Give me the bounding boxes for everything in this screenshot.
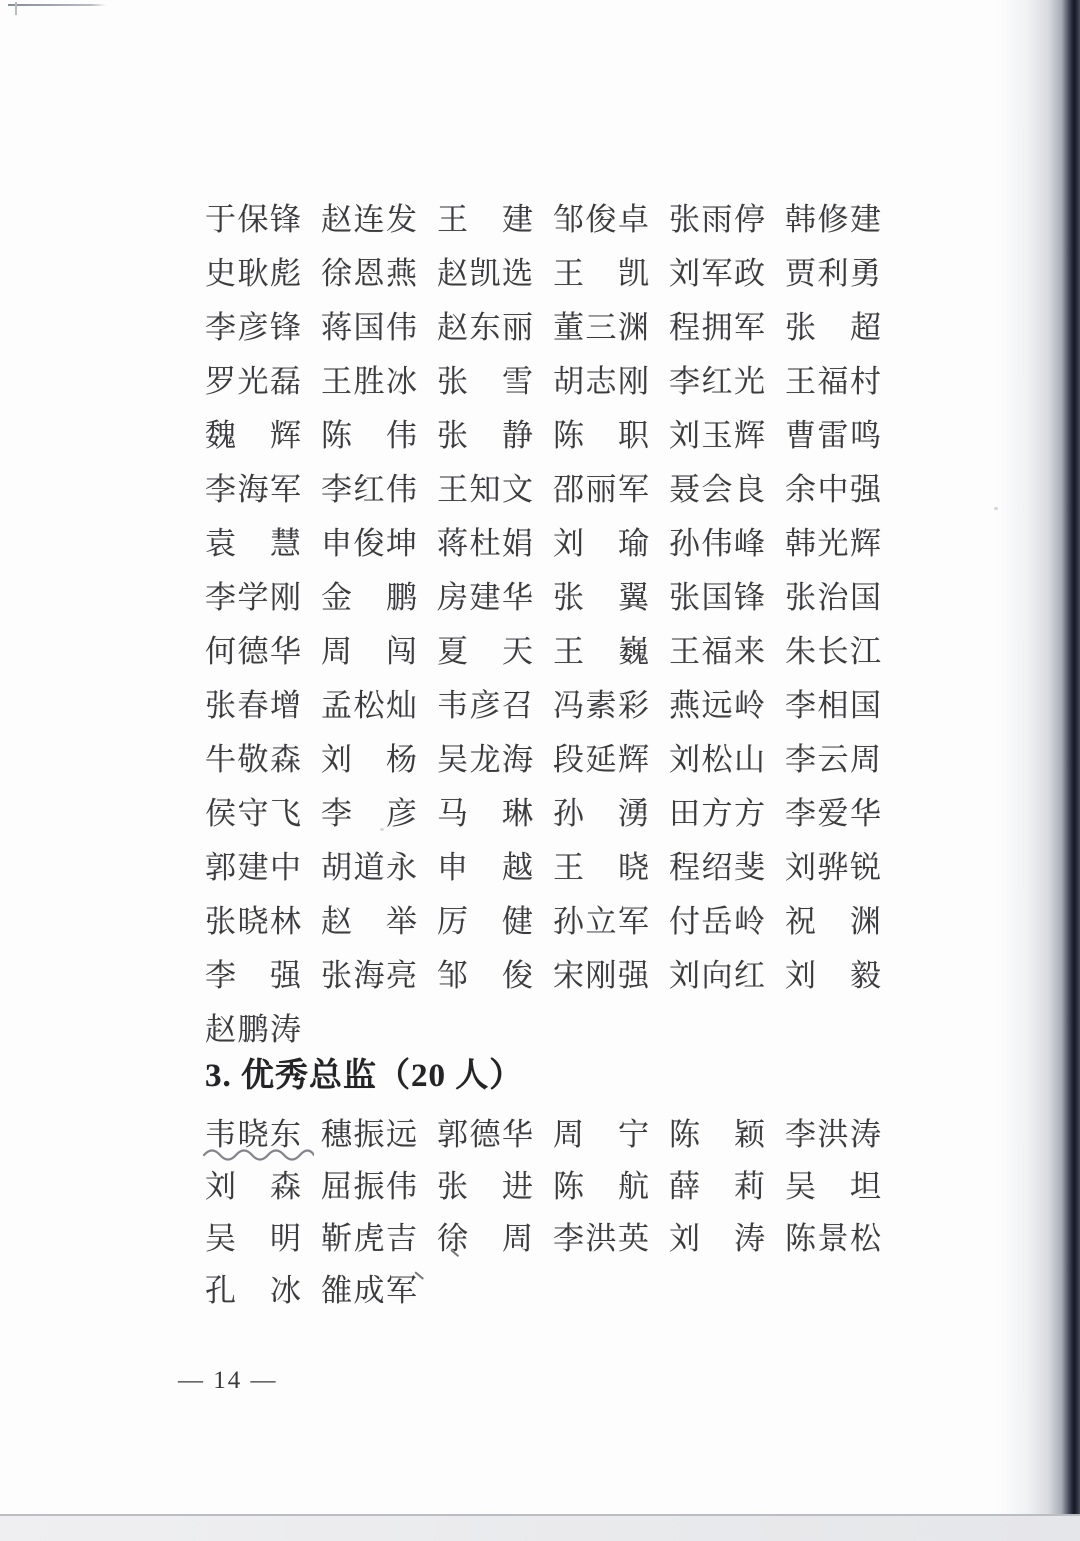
person-name: 陈航 [553, 1171, 649, 1202]
name-character: 辉 [734, 420, 765, 451]
name-character: 坤 [386, 528, 417, 559]
name-character: 强 [618, 960, 649, 991]
person-name: 段延辉 [553, 744, 649, 775]
name-character: 军 [702, 258, 733, 289]
name-character: 马 [437, 798, 468, 829]
name-character: 张 [205, 690, 236, 721]
name-character: 王 [437, 474, 468, 505]
name-character: 祝 [785, 906, 816, 937]
name-character: 德 [238, 636, 269, 667]
name-character: 锋 [270, 312, 301, 343]
name-character: 远 [386, 1119, 417, 1150]
name-character: 虎 [354, 1223, 385, 1254]
name-character: 刘 [785, 852, 816, 883]
name-character: 中 [270, 852, 301, 883]
name-character: 会 [702, 474, 733, 505]
name-character: 屈 [321, 1171, 352, 1202]
name-character: 巍 [618, 636, 649, 667]
name-character: 翼 [618, 582, 649, 613]
name-character: 曹 [785, 420, 816, 451]
person-name: 于保锋 [205, 204, 301, 235]
name-character: 山 [734, 744, 765, 775]
person-name: 袁慧 [205, 528, 301, 559]
person-name: 程拥军 [669, 312, 765, 343]
name-character: 申 [321, 528, 352, 559]
person-name: 罗光磊 [205, 366, 301, 397]
name-character: 福 [702, 636, 733, 667]
name-character: 燕 [386, 258, 417, 289]
person-name: 张雨停 [669, 204, 765, 235]
name-character: 建 [850, 204, 881, 235]
person-name: 王巍 [553, 636, 649, 667]
person-name: 李爱华 [785, 798, 881, 829]
person-name: 张晓林 [205, 906, 301, 937]
person-name: 祝渊 [785, 906, 881, 937]
name-character: 松 [354, 690, 385, 721]
person-name: 夏天 [437, 636, 533, 667]
name-character: 伟 [386, 312, 417, 343]
name-character: 华 [502, 582, 533, 613]
name-character: 刚 [618, 366, 649, 397]
person-name: 吴明 [205, 1223, 301, 1254]
page-number: — 14 — [178, 1367, 278, 1395]
name-character: 李 [205, 960, 236, 991]
person-name: 何德华 [205, 636, 301, 667]
name-character: 超 [850, 312, 881, 343]
person-name: 陈伟 [321, 420, 417, 451]
name-character: 毅 [850, 960, 881, 991]
name-character: 赵 [437, 312, 468, 343]
name-character: 张 [437, 1171, 468, 1202]
person-name: 李彦 [321, 798, 417, 829]
name-character: 森 [270, 1171, 301, 1202]
name-character: 厉 [437, 906, 468, 937]
person-name: 李洪涛 [785, 1119, 881, 1150]
awardee-name-grid-section2: 于保锋赵连发王建邹俊卓张雨停韩修建史耿彪徐恩燕赵凯选王凯刘军政贾利勇李彦锋蒋国伟… [205, 192, 881, 1056]
name-row: 李强张海亮邹俊宋刚强刘向红刘毅 [205, 948, 881, 1002]
name-character: 段 [553, 744, 584, 775]
person-name: 付岳岭 [669, 906, 765, 937]
name-character: 薛 [669, 1171, 700, 1202]
name-character: 付 [669, 906, 700, 937]
person-name: 靳虎吉 [321, 1223, 417, 1254]
person-name: 李红光 [669, 366, 765, 397]
person-name: 张超 [785, 312, 881, 343]
name-character: 周 [502, 1223, 533, 1254]
name-character: 俊 [354, 528, 385, 559]
name-character: 健 [502, 906, 533, 937]
name-character: 伟 [386, 1171, 417, 1202]
name-character: 明 [270, 1223, 301, 1254]
name-character: 永 [386, 852, 417, 883]
name-character: 孙 [553, 906, 584, 937]
name-character: 王 [553, 258, 584, 289]
person-name: 王胜冰 [321, 366, 417, 397]
name-character: 涛 [270, 1014, 301, 1045]
name-character: 辉 [850, 528, 881, 559]
name-character: 冰 [386, 366, 417, 397]
name-character: 王 [437, 204, 468, 235]
name-row: 李学刚金鹏房建华张翼张国锋张治国 [205, 570, 881, 624]
name-character: 峰 [734, 528, 765, 559]
name-character: 张 [669, 582, 700, 613]
name-character: 丽 [502, 312, 533, 343]
person-name: 曹雷鸣 [785, 420, 881, 451]
person-name: 宋刚强 [553, 960, 649, 991]
name-character: 良 [734, 474, 765, 505]
person-name: 张雪 [437, 366, 533, 397]
name-character: 瑜 [618, 528, 649, 559]
person-name: 刘玉辉 [669, 420, 765, 451]
name-row: 张春增孟松灿韦彦召冯素彩燕远岭李相国 [205, 678, 881, 732]
name-character: 森 [270, 744, 301, 775]
name-character: 俊 [502, 960, 533, 991]
name-character: 灿 [386, 690, 417, 721]
person-name: 韩光辉 [785, 528, 881, 559]
name-row: 刘森屈振伟张进陈航薛莉吴坦 [205, 1160, 881, 1212]
name-character: 远 [702, 690, 733, 721]
name-character: 军 [270, 474, 301, 505]
name-character: 韦 [437, 690, 468, 721]
person-name: 孙立军 [553, 906, 649, 937]
name-character: 松 [702, 744, 733, 775]
name-character: 敬 [238, 744, 269, 775]
person-name: 邹俊 [437, 960, 533, 991]
name-character: 治 [818, 582, 849, 613]
name-character: 余 [785, 474, 816, 505]
name-character: 鸣 [850, 420, 881, 451]
name-character: 鹏 [238, 1014, 269, 1045]
name-character: 保 [238, 204, 269, 235]
name-row: 罗光磊王胜冰张雪胡志刚李红光王福村 [205, 354, 881, 408]
name-character: 锋 [734, 582, 765, 613]
name-character: 振 [354, 1119, 385, 1150]
name-character: 爱 [818, 798, 849, 829]
person-name: 张国锋 [669, 582, 765, 613]
name-character: 职 [618, 420, 649, 451]
name-row: 袁慧申俊坤蒋杜娟刘瑜孙伟峰韩光辉 [205, 516, 881, 570]
person-name: 刘涛 [669, 1223, 765, 1254]
name-character: 李 [553, 1223, 584, 1254]
name-character: 伟 [702, 528, 733, 559]
name-character: 韩 [785, 528, 816, 559]
awardee-name-grid-section3: 韦晓东穗振远郭德华周宁陈颖李洪涛刘森屈振伟张进陈航薛莉吴坦吴明靳虎吉徐周李洪英刘… [205, 1108, 881, 1316]
name-character: 赵 [205, 1014, 236, 1045]
name-character: 涛 [734, 1223, 765, 1254]
name-character: 朱 [785, 636, 816, 667]
name-character: 邵 [553, 474, 584, 505]
name-character: 来 [734, 636, 765, 667]
name-character: 红 [354, 474, 385, 505]
name-character: 贾 [785, 258, 816, 289]
name-character: 俊 [586, 204, 617, 235]
name-character: 雨 [702, 204, 733, 235]
name-character: 景 [818, 1223, 849, 1254]
person-name: 张静 [437, 420, 533, 451]
name-character: 徐 [437, 1223, 468, 1254]
person-name: 李强 [205, 960, 301, 991]
person-name: 李学刚 [205, 582, 301, 613]
name-character: 雷 [818, 420, 849, 451]
name-character: 田 [669, 798, 700, 829]
name-character: 道 [354, 852, 385, 883]
person-name: 王建 [437, 204, 533, 235]
person-name: 余中强 [785, 474, 881, 505]
name-character: 耿 [238, 258, 269, 289]
name-character: 胜 [354, 366, 385, 397]
name-character: 李 [321, 798, 352, 829]
name-row: 史耿彪徐恩燕赵凯选王凯刘军政贾利勇 [205, 246, 881, 300]
person-name: 程绍斐 [669, 852, 765, 883]
name-character: 涛 [850, 1119, 881, 1150]
name-character: 彦 [470, 690, 501, 721]
name-character: 吉 [386, 1223, 417, 1254]
name-character: 锋 [270, 204, 301, 235]
name-character: 亮 [386, 960, 417, 991]
name-character: 张 [785, 312, 816, 343]
scan-crop-mark-horizontal [8, 4, 106, 6]
name-character: 三 [586, 312, 617, 343]
person-name: 赵鹏涛 [205, 1014, 301, 1045]
name-character: 军 [618, 474, 649, 505]
name-character: 冰 [270, 1275, 301, 1306]
person-name: 徐恩燕 [321, 258, 417, 289]
name-character: 停 [734, 204, 765, 235]
name-character: 彦 [386, 798, 417, 829]
name-character: 陈 [785, 1223, 816, 1254]
name-character: 吴 [437, 744, 468, 775]
name-character: 张 [205, 906, 236, 937]
name-character: 周 [553, 1119, 584, 1150]
person-name: 马琳 [437, 798, 533, 829]
name-row: 牛敬森刘杨吴龙海段延辉刘松山李云周 [205, 732, 881, 786]
name-character: 选 [502, 258, 533, 289]
person-name: 王知文 [437, 474, 533, 505]
name-row: 李海军李红伟王知文邵丽军聂会良余中强 [205, 462, 881, 516]
name-character: 刘 [321, 744, 352, 775]
name-character: 天 [502, 636, 533, 667]
name-character: 松 [850, 1223, 881, 1254]
person-name: 刘森 [205, 1171, 301, 1202]
name-character: 刘 [669, 258, 700, 289]
name-character: 颖 [734, 1119, 765, 1150]
name-character: 利 [818, 258, 849, 289]
name-character: 董 [553, 312, 584, 343]
person-name: 邵丽军 [553, 474, 649, 505]
name-character: 孙 [669, 528, 700, 559]
person-name: 赵东丽 [437, 312, 533, 343]
person-name: 李相国 [785, 690, 881, 721]
person-name: 屈振伟 [321, 1171, 417, 1202]
name-character: 赵 [321, 204, 352, 235]
name-character: 李 [785, 744, 816, 775]
name-character: 夏 [437, 636, 468, 667]
name-character: 刘 [785, 960, 816, 991]
name-character: 召 [502, 690, 533, 721]
name-character: 徐 [321, 258, 352, 289]
name-character: 光 [818, 528, 849, 559]
scanned-document-page: 于保锋赵连发王建邹俊卓张雨停韩修建史耿彪徐恩燕赵凯选王凯刘军政贾利勇李彦锋蒋国伟… [0, 0, 1080, 1541]
name-character: 春 [238, 690, 269, 721]
person-name: 房建华 [437, 582, 533, 613]
name-character: 刘 [669, 744, 700, 775]
name-character: 立 [586, 906, 617, 937]
name-character: 何 [205, 636, 236, 667]
person-name: 郭建中 [205, 852, 301, 883]
person-name: 申俊坤 [321, 528, 417, 559]
name-row: 李彦锋蒋国伟赵东丽董三渊程拥军张超 [205, 300, 881, 354]
person-name: 李云周 [785, 744, 881, 775]
person-name: 陈职 [553, 420, 649, 451]
name-character: 李 [205, 474, 236, 505]
name-character: 李 [785, 798, 816, 829]
name-character: 红 [734, 960, 765, 991]
name-character: 杨 [386, 744, 417, 775]
name-character: 辉 [270, 420, 301, 451]
person-name: 周闯 [321, 636, 417, 667]
name-character: 斐 [734, 852, 765, 883]
name-character: 拥 [702, 312, 733, 343]
name-character: 赵 [437, 258, 468, 289]
name-character: 向 [702, 960, 733, 991]
name-character: 罗 [205, 366, 236, 397]
name-character: 胡 [553, 366, 584, 397]
section3-heading: 3. 优秀总监（20 人） [205, 1054, 523, 1098]
name-character: 建 [470, 582, 501, 613]
name-character: 宁 [618, 1119, 649, 1150]
name-character: 韩 [785, 204, 816, 235]
name-character: 海 [502, 744, 533, 775]
person-name: 吴坦 [785, 1171, 881, 1202]
name-character: 鹏 [386, 582, 417, 613]
person-name: 史耿彪 [205, 258, 301, 289]
name-character: 增 [270, 690, 301, 721]
name-character: 孟 [321, 690, 352, 721]
person-name: 贾利勇 [785, 258, 881, 289]
person-name: 胡道永 [321, 852, 417, 883]
person-name: 雒成军 [321, 1275, 417, 1306]
name-character: 辉 [618, 744, 649, 775]
name-character: 刘 [205, 1171, 236, 1202]
name-character: 华 [270, 636, 301, 667]
person-name: 陈颖 [669, 1119, 765, 1150]
name-character: 闯 [386, 636, 417, 667]
name-row: 魏辉陈伟张静陈职刘玉辉曹雷鸣 [205, 408, 881, 462]
name-character: 恩 [354, 258, 385, 289]
person-name: 孟松灿 [321, 690, 417, 721]
name-character: 连 [354, 204, 385, 235]
name-character: 陈 [669, 1119, 700, 1150]
name-character: 军 [618, 906, 649, 937]
person-name: 牛敬森 [205, 744, 301, 775]
person-name: 陈景松 [785, 1223, 881, 1254]
person-name: 赵举 [321, 906, 417, 937]
name-character: 赵 [321, 906, 352, 937]
person-name: 田方方 [669, 798, 765, 829]
name-character: 刚 [586, 960, 617, 991]
name-character: 卓 [618, 204, 649, 235]
name-character: 琳 [502, 798, 533, 829]
scan-crop-mark-vertical [15, 2, 17, 15]
person-name: 吴龙海 [437, 744, 533, 775]
name-character: 程 [669, 852, 700, 883]
name-character: 伟 [386, 420, 417, 451]
name-character: 渊 [618, 312, 649, 343]
name-character: 杜 [470, 528, 501, 559]
name-character: 吴 [785, 1171, 816, 1202]
name-character: 龙 [470, 744, 501, 775]
name-character: 岭 [734, 906, 765, 937]
name-character: 强 [850, 474, 881, 505]
person-name: 李海军 [205, 474, 301, 505]
name-character: 张 [669, 204, 700, 235]
name-character: 坦 [850, 1171, 881, 1202]
person-name: 蒋杜娟 [437, 528, 533, 559]
person-name: 燕远岭 [669, 690, 765, 721]
name-character: 强 [270, 960, 301, 991]
name-character: 岭 [734, 690, 765, 721]
name-character: 文 [502, 474, 533, 505]
name-character: 韦 [205, 1119, 236, 1150]
name-character: 金 [321, 582, 352, 613]
name-character: 骅 [818, 852, 849, 883]
person-name: 王凯 [553, 258, 649, 289]
name-character: 举 [386, 906, 417, 937]
person-name: 蒋国伟 [321, 312, 417, 343]
name-character: 晓 [238, 1119, 269, 1150]
name-character: 魏 [205, 420, 236, 451]
name-character: 延 [586, 744, 617, 775]
name-character: 娟 [502, 528, 533, 559]
name-character: 凯 [618, 258, 649, 289]
person-name: 韦彦召 [437, 690, 533, 721]
name-character: 郭 [437, 1119, 468, 1150]
name-character: 修 [818, 204, 849, 235]
person-name: 薛莉 [669, 1171, 765, 1202]
name-character: 进 [502, 1171, 533, 1202]
name-character: 张 [321, 960, 352, 991]
person-name: 刘向红 [669, 960, 765, 991]
name-character: 周 [850, 744, 881, 775]
name-character: 玉 [702, 420, 733, 451]
person-name: 李洪英 [553, 1223, 649, 1254]
name-character: 陈 [321, 420, 352, 451]
person-name: 厉健 [437, 906, 533, 937]
name-character: 志 [586, 366, 617, 397]
name-character: 邹 [437, 960, 468, 991]
name-character: 红 [702, 366, 733, 397]
name-character: 李 [785, 1119, 816, 1150]
name-character: 慧 [270, 528, 301, 559]
name-character: 海 [238, 474, 269, 505]
name-row: 孔冰雒成军 [205, 1264, 881, 1316]
scanner-background-strip [0, 1514, 1080, 1541]
name-character: 振 [354, 1171, 385, 1202]
name-character: 晓 [618, 852, 649, 883]
name-character: 燕 [669, 690, 700, 721]
name-row: 何德华周闯夏天王巍王福来朱长江 [205, 624, 881, 678]
name-character: 吴 [205, 1223, 236, 1254]
name-character: 渊 [850, 906, 881, 937]
name-character: 岳 [702, 906, 733, 937]
pencil-squiggle-underline [202, 1147, 314, 1161]
name-character: 成 [354, 1275, 385, 1306]
name-character: 刘 [669, 960, 700, 991]
name-row: 于保锋赵连发王建邹俊卓张雨停韩修建 [205, 192, 881, 246]
name-character: 牛 [205, 744, 236, 775]
scan-edge-shadow [996, 0, 1080, 1541]
name-character: 于 [205, 204, 236, 235]
